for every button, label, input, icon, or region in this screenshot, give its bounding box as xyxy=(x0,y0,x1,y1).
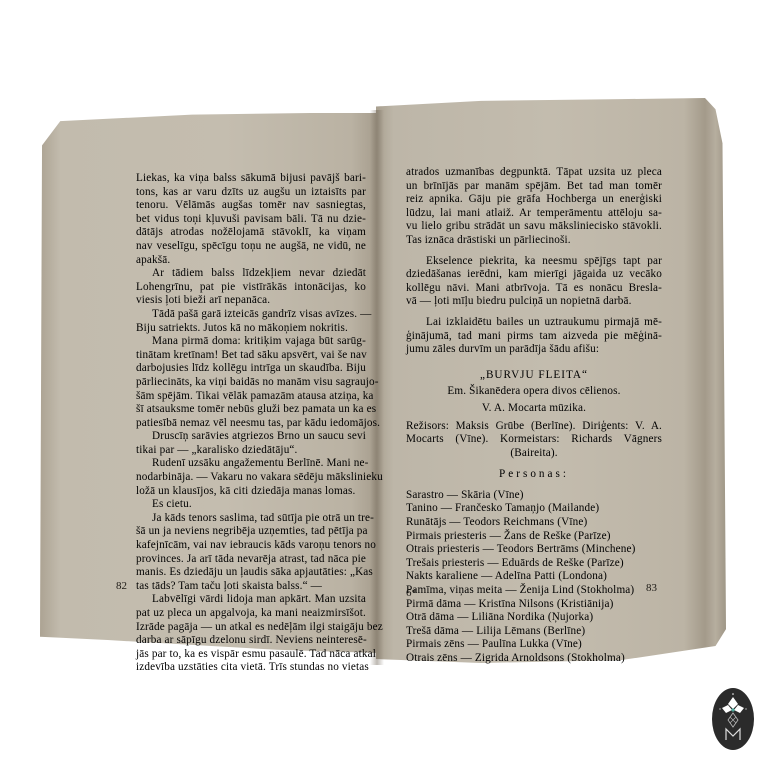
text-line: tinātam kretīnam! Bet tad sāku apsvērt, … xyxy=(136,349,366,363)
cast-list: Sarastro — Skāria (Vīne) Tanino — Franče… xyxy=(406,489,662,666)
text-line: jumu zāles durvīm un parādīja šādu afišu… xyxy=(406,343,662,357)
text-line: tons, kas ar varu dzīts uz augšu un izta… xyxy=(136,186,366,200)
text-line: kollēgu nāvi. Mani atbrīvoja. Tā es nonā… xyxy=(406,282,662,296)
cast-entry: Otrā dāma — Liliāna Nordika (Ņujorka) xyxy=(406,611,662,625)
text-line: vā — ļoti mīļu biedru pulciņā un nopietn… xyxy=(406,295,662,309)
cast-entry: Nakts karaliene — Adelīna Patti (Londona… xyxy=(406,570,662,584)
personas-heading: Personas: xyxy=(406,468,662,482)
cast-entry: Tanino — Frančesko Tamaņjo (Mailande) xyxy=(406,502,662,516)
text-line: ģinājumā, tad mani pirms tam aizveda pie… xyxy=(406,330,662,344)
text-line: Lai izklaidētu bailes un uztraukumu pirm… xyxy=(406,316,662,330)
monogram-logo-icon xyxy=(711,687,755,751)
text-line: provinces. Ja arī tāda nevarēja atrast, … xyxy=(136,553,366,567)
text-line: Biju satriekts. Jutos kā no mākoņiem nok… xyxy=(136,322,366,336)
page-number-left: 82 xyxy=(116,580,127,592)
text-line: darba ar sāpīgu dzelonu sirdī. Neviens n… xyxy=(136,634,366,648)
text-line: šām spējām. Tikai vēlāk pamazām atausa a… xyxy=(136,390,366,404)
poster-credits: (Baireita). xyxy=(406,447,662,461)
text-line: viesis ļoti bieži arī nepanāca. xyxy=(136,294,366,308)
text-line: Tas iznāca drāstiski un pārliecinoši. xyxy=(406,234,662,248)
cast-entry: Trešais priesteris — Eduārds de Reške (P… xyxy=(406,557,662,571)
text-line: dātājs atrodas nožēlojamā stāvoklī, ka v… xyxy=(136,226,366,240)
text-line: šā un ja neviens negribēja uzņemties, ta… xyxy=(136,525,366,539)
text-line: kafejnīcām, vai nav iebraucis kāds varoņ… xyxy=(136,539,366,553)
text-line: Ja kāds tenors saslima, tad sūtīja pie o… xyxy=(136,512,366,526)
cast-entry: Pirmais zēns — Paulīna Lukka (Vīne) xyxy=(406,638,662,652)
cast-entry: Trešā dāma — Lilija Lēmans (Berlīne) xyxy=(406,625,662,639)
text-line: Izrāde pagāja — un atkal es nedēļām ilgi… xyxy=(136,621,366,635)
text-line: lūdzu, lai mani atlaiž. Ar temperāmentu … xyxy=(406,207,662,221)
poster-music-credit: V. A. Mocarta mūzika. xyxy=(406,402,662,416)
poster-credits: Režisors: Maksis Grūbe (Berlīne). Diriģe… xyxy=(406,420,662,434)
text-line: Ekselence piekrita, ka neesmu spējīgs ta… xyxy=(406,255,662,269)
text-line: tenoru. Vēlāmās augšas tomēr nav sasnieg… xyxy=(136,199,366,213)
text-line: apakšā. xyxy=(136,254,366,268)
cast-entry: Pirmais priesteris — Žans de Reške (Parī… xyxy=(406,530,662,544)
text-line: Liekas, ka viņa balss sākumā bijusi pavā… xyxy=(136,172,366,186)
text-line: nodarbināja. — Vakaru no vakara sēdēju m… xyxy=(136,471,366,485)
text-line: pārliecināts, ka viņi baidās no manām vi… xyxy=(136,376,366,390)
text-line: izdevība uzstāties cita vietā. Trīs stun… xyxy=(136,661,366,675)
text-line: ložā un klausījos, kā citi dziedāja mana… xyxy=(136,485,366,499)
poster-subtitle: Em. Šikanēdera opera divos cēlienos. xyxy=(406,385,662,399)
text-line: Mana pirmā doma: kritiķim vajaga būt sar… xyxy=(136,335,366,349)
page-number-right: 83 xyxy=(646,582,657,594)
text-line: un brīnījās par manām spējām. Bet tad ma… xyxy=(406,180,662,194)
cast-entry: Pamīma, viņas meita — Ženija Lind (Stokh… xyxy=(406,584,662,598)
open-book: Liekas, ka viņa balss sākumā bijusi pavā… xyxy=(0,0,768,768)
text-line: bet vidus toņi kļuvuši pavisam bāli. Tā … xyxy=(136,213,366,227)
cast-entry: Runātājs — Teodors Reichmans (Vīne) xyxy=(406,516,662,530)
text-line: patiesībā nemaz vēl neesmu tas, par kādu… xyxy=(136,417,366,431)
text-line: Rudenī uzsāku angažementu Berlīnē. Mani … xyxy=(136,457,366,471)
text-line: reiz apnika. Gāju pie grāfa Hochberga un… xyxy=(406,193,662,207)
text-line: Druscīņ sarāvies atgriezos Brno un saucu… xyxy=(136,430,366,444)
poster-credits: Mocarts (Vīne). Kormeistars: Richards Vā… xyxy=(406,433,662,447)
poster-title: „BURVJU FLEITA“ xyxy=(406,369,662,383)
text-line: Labvēlīgi vārdi lidoja man apkārt. Man u… xyxy=(136,593,366,607)
text-line: tas tāds? Tam taču ļoti skaista balss.“ … xyxy=(136,580,366,594)
cast-entry: Sarastro — Skāria (Vīne) xyxy=(406,489,662,503)
text-line: jās par to, ka es vispār esmu pasaulē. T… xyxy=(136,648,366,662)
text-line: nav veselīgu, spēcīgu toņu ne augšā, ne … xyxy=(136,240,366,254)
text-line: tikai par — „karalisko dziedātāju“. xyxy=(136,444,366,458)
text-line: pat uz pleca un apgalvoja, ka mani neaiz… xyxy=(136,607,366,621)
text-line: manis. Es dziedāju un ļaudis sāka apjaut… xyxy=(136,566,366,580)
text-line: Tādā pašā garā izteicās gandrīz visas av… xyxy=(136,308,366,322)
text-line: Lohengrīnu, pat pie vistīrākās intonācij… xyxy=(136,281,366,295)
cast-entry: Otrais priesteris — Teodors Bertrāms (Mi… xyxy=(406,543,662,557)
text-line: Ar tādiem balss līdzekļiem nevar dziedāt xyxy=(136,267,366,281)
cast-entry: Pirmā dāma — Kristīna Nilsons (Kristiāni… xyxy=(406,598,662,612)
right-page-text: atrados uzmanības degpunktā. Tāpat uzsit… xyxy=(406,166,662,666)
signature-mark: 6* xyxy=(406,587,417,599)
text-line: šī atsauksme tomēr nebūs gluži bez pamat… xyxy=(136,403,366,417)
text-line: Es cietu. xyxy=(136,498,366,512)
text-line: dziedāšanas ierēdni, kam mierīgi jāgaida… xyxy=(406,268,662,282)
left-page-text: Liekas, ka viņa balss sākumā bijusi pavā… xyxy=(136,172,366,675)
cast-entry: Otrais zēns — Zigrida Arnoldsons (Stokho… xyxy=(406,652,662,666)
text-line: atrados uzmanības degpunktā. Tāpat uzsit… xyxy=(406,166,662,180)
text-line: darbojusies līdz kollēgu intrīga un skau… xyxy=(136,362,366,376)
text-line: vu lielo gribu strādāt un savu mākslinie… xyxy=(406,220,662,234)
